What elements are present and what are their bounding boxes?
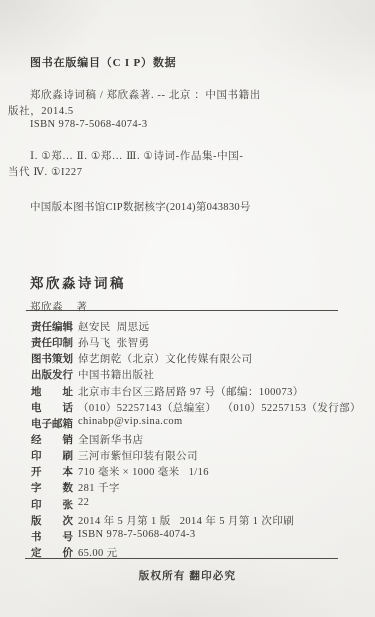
colophon-row: 印刷三河市紫恒印装有限公司 bbox=[31, 448, 361, 464]
colophon-row-value: 北京市丰台区三路居路 97 号（邮编：100073） bbox=[78, 387, 304, 398]
colophon-row-label: 出版发行 bbox=[31, 367, 73, 382]
colophon-row: 字数281 千字 bbox=[31, 480, 361, 496]
colophon-row: 责任编辑赵安民 周思远 bbox=[31, 319, 361, 335]
colophon-row: 经销全国新华书店 bbox=[31, 432, 361, 448]
colophon-row-label: 电话 bbox=[31, 400, 73, 415]
colophon-row-value: 赵安民 周思远 bbox=[78, 322, 149, 333]
colophon-row-value: 倬艺朗乾（北京）文化传媒有限公司 bbox=[78, 354, 252, 365]
colophon-row: 电话（010）52257143（总编室） （010）52257153（发行部） bbox=[31, 400, 361, 416]
colophon-row-label: 图书策划 bbox=[31, 351, 73, 366]
cip-classification-line2: 当代 Ⅳ. ①I227 bbox=[8, 165, 352, 181]
colophon-row-label: 字数 bbox=[31, 480, 73, 495]
author-line: 郑欣淼著 bbox=[30, 299, 87, 314]
author-name: 郑欣淼 bbox=[30, 302, 63, 313]
colophon-row: 书号ISBN 978-7-5068-4074-3 bbox=[31, 529, 361, 545]
colophon-row-label: 责任编辑 bbox=[31, 319, 73, 334]
colophon-row-label: 经销 bbox=[31, 432, 73, 447]
divider-top bbox=[26, 310, 338, 311]
book-title: 郑欣淼诗词稿 bbox=[30, 272, 126, 292]
colophon-row-value: 孙马飞 张智勇 bbox=[78, 338, 149, 349]
colophon-row: 图书策划倬艺朗乾（北京）文化传媒有限公司 bbox=[31, 351, 361, 367]
colophon-row: 版次2014 年 5 月第 1 版 2014 年 5 月第 1 次印刷 bbox=[31, 513, 361, 529]
colophon-row: 出版发行中国书籍出版社 bbox=[31, 367, 361, 383]
colophon-row-label: 责任印制 bbox=[31, 335, 73, 350]
colophon-row-value: 全国新华书店 bbox=[78, 435, 143, 446]
colophon-row-label: 印张 bbox=[31, 497, 73, 512]
colophon-row-value: chinabp@vip.sina.com bbox=[78, 416, 183, 427]
author-suffix: 著 bbox=[76, 302, 87, 313]
cip-record-number: 中国版本图书馆CIP数据核字(2014)第043830号 bbox=[30, 199, 251, 214]
colophon-row-value: 710 毫米 × 1000 毫米 1/16 bbox=[78, 467, 209, 478]
colophon-row-value: ISBN 978-7-5068-4074-3 bbox=[78, 529, 196, 540]
cip-classification: Ⅰ. ①郑… Ⅱ. ①郑… Ⅲ. ①诗词-作品集-中国- 当代 Ⅳ. ①I227 bbox=[8, 149, 352, 180]
colophon-row-value: 中国书籍出版社 bbox=[78, 370, 154, 381]
cip-entry-line1: 郑欣淼诗词稿 / 郑欣淼著. -- 北京 ：中国书籍出 bbox=[8, 88, 352, 104]
colophon-row: 印张22 bbox=[31, 497, 361, 513]
colophon-row: 责任印制孙马飞 张智勇 bbox=[31, 335, 361, 351]
colophon-row-label: 书号 bbox=[31, 529, 73, 544]
colophon-row-label: 印刷 bbox=[31, 448, 73, 463]
colophon-row: 开本710 毫米 × 1000 毫米 1/16 bbox=[31, 464, 361, 480]
divider-bottom bbox=[25, 558, 338, 559]
colophon-row: 地址北京市丰台区三路居路 97 号（邮编：100073） bbox=[31, 384, 361, 400]
colophon-row: 电子邮箱chinabp@vip.sina.com bbox=[31, 416, 361, 432]
copyright-page: 图书在版编目（C I P）数据 郑欣淼诗词稿 / 郑欣淼著. -- 北京 ：中国… bbox=[0, 0, 375, 617]
copyright-notice: 版权所有 翻印必究 bbox=[0, 568, 375, 583]
colophon-row-value: 2014 年 5 月第 1 版 2014 年 5 月第 1 次印刷 bbox=[78, 516, 294, 527]
colophon-row-value: 22 bbox=[78, 497, 89, 508]
colophon-row-value: （010）52257143（总编室） （010）52257153（发行部） bbox=[78, 403, 361, 414]
cip-entry: 郑欣淼诗词稿 / 郑欣淼著. -- 北京 ：中国书籍出 版社，2014.5 bbox=[8, 88, 352, 119]
colophon-table: 责任编辑赵安民 周思远 责任印制孙马飞 张智勇 图书策划倬艺朗乾（北京）文化传媒… bbox=[31, 319, 361, 561]
colophon-row-value: 三河市紫恒印装有限公司 bbox=[78, 451, 198, 462]
cip-classification-line1: Ⅰ. ①郑… Ⅱ. ①郑… Ⅲ. ①诗词-作品集-中国- bbox=[8, 149, 352, 165]
cip-entry-line2: 版社，2014.5 bbox=[8, 104, 352, 120]
colophon-row-value: 281 千字 bbox=[78, 483, 120, 494]
colophon-row-label: 地址 bbox=[31, 384, 73, 399]
cip-isbn: ISBN 978-7-5068-4074-3 bbox=[30, 119, 148, 130]
colophon-row-label: 电子邮箱 bbox=[31, 416, 73, 431]
colophon-row-label: 开本 bbox=[31, 464, 73, 479]
cip-heading: 图书在版编目（C I P）数据 bbox=[30, 54, 176, 70]
colophon-row-label: 版次 bbox=[31, 513, 73, 528]
